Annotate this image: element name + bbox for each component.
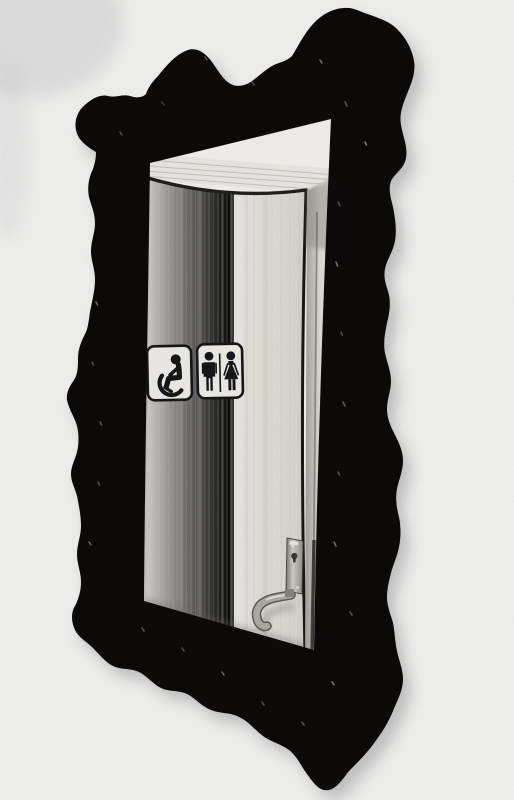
photo-scene bbox=[0, 0, 514, 800]
photo-grain bbox=[0, 0, 514, 800]
